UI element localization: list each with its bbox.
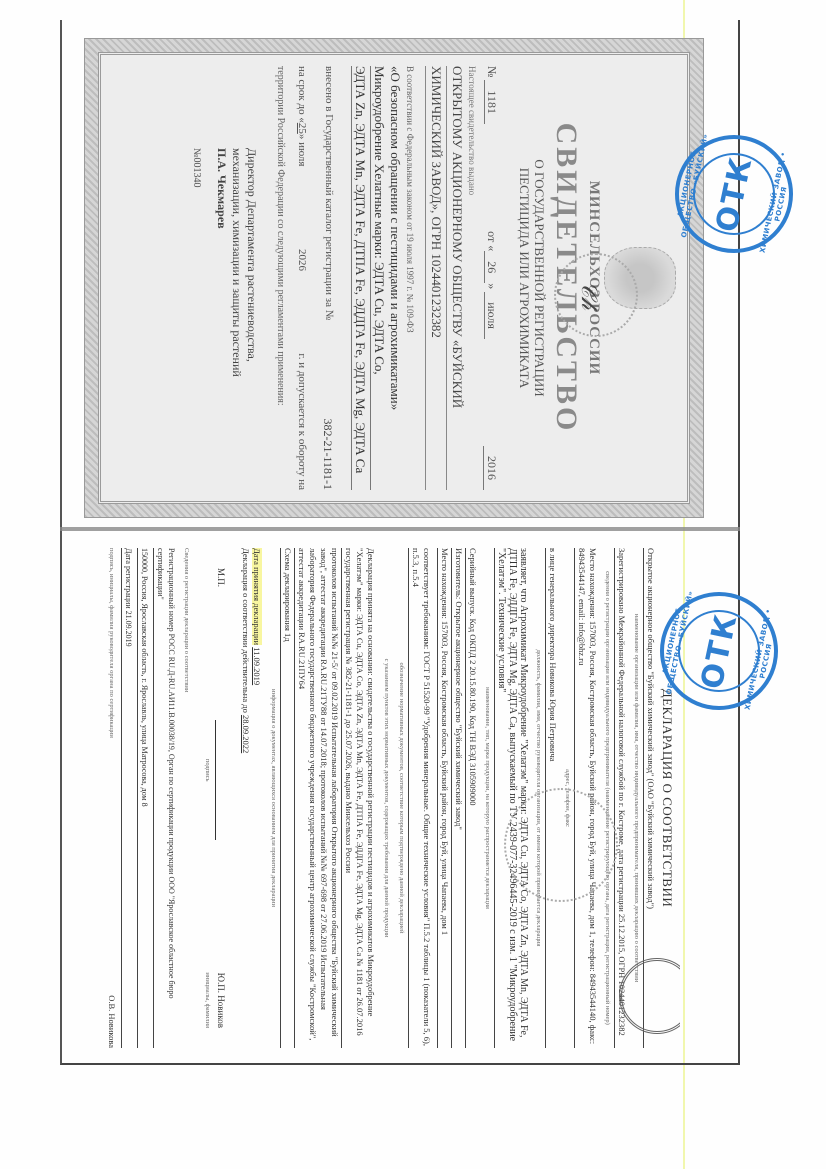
declaration-basis: Декларация принята на основании: свидете… [341, 548, 376, 1048]
certification-body-address: 150000, Россия, Ярославская область, г. … [137, 548, 150, 1048]
registry-number: 382-21-1181-1 [320, 418, 335, 490]
batch-info: Серийный выпуск. Код ОКПД 2 20.15.80.190… [465, 548, 478, 1048]
adoption-date-label: Дата принятия декларации [252, 548, 262, 645]
declaration-scheme: Схема декларирования 1д [280, 548, 293, 1048]
issued-to-line-1: ОТКРЫТОМУ АКЦИОНЕРНОМУ ОБЩЕСТВУ «БУЙСКИЙ [446, 66, 465, 490]
signer-title-2: механизации, химизации и защиты растений [229, 148, 244, 490]
term-suffix: г. и допускается к обороту на [296, 353, 308, 490]
manufacturer: Изготовитель: Открытое акционерное общес… [451, 548, 464, 1048]
issued-to-label: Настоящее свидетельство выдано [467, 66, 477, 490]
director-signature: 𝒞𝒽 [576, 281, 601, 310]
declared-product: заявляет, что Агрохимикат Микроудобрение… [494, 548, 529, 1048]
signer-block: Директор Департамента растениеводства, м… [214, 148, 259, 490]
valid-until-label: Декларация о соответствии действительна … [241, 548, 251, 713]
signer-name: П.А. Чекмарев [215, 148, 229, 229]
valid-until-row: Декларация о соответствии действительна … [240, 548, 251, 1048]
reg-signer: О.В. Новикова [102, 995, 117, 1048]
declaration-signature-row: М.П. Ю.П. Новиков [215, 568, 226, 1028]
certificate-serial: №001340 [191, 148, 202, 490]
product-caption: наименование, тип, марка продукции, на к… [482, 548, 493, 1048]
faint-declaration-seal [504, 788, 618, 902]
page-fold-divider [60, 527, 740, 531]
signature-captions: подпись инициалы, фамилия [198, 568, 213, 1028]
adoption-date: 11.09.2019 [252, 647, 262, 685]
signature-line [215, 720, 226, 840]
declaration-signer: Ю.П. Новиков [215, 973, 226, 1028]
otk-ring-text-bottom: ХИМИЧЕСКИЙ ЗАВОД • РОССИЯ [758, 148, 797, 259]
sign-caption: подпись [202, 759, 213, 782]
registration-caption: сведения о регистрации организации или и… [602, 548, 613, 1048]
signer-title-1: Директор Департамента растениеводства, [244, 148, 259, 490]
number-label: № [485, 66, 499, 77]
law-reference: В соответствии с Федеральным законом от … [405, 66, 415, 490]
declaration-of-conformity: ДЕКЛАРАЦИЯ О СООТВЕТСТВИИ Открытое акцио… [84, 538, 680, 1058]
test-protocols: протоколов испытаний №№ 21-5/ от 09.02.2… [294, 548, 340, 1048]
term-month: июля [296, 142, 308, 166]
term-label: на срок до « [296, 66, 308, 123]
term-row: на срок до «25» июля 2026 г. и допускает… [296, 66, 308, 490]
registry-label: внесено в Государственный каталог регист… [320, 66, 335, 320]
registry-row: внесено в Государственный каталог регист… [320, 66, 335, 490]
term-day: 25 [296, 123, 308, 134]
term-year: 2026 [296, 249, 308, 271]
otk-label: ОТК [706, 137, 763, 252]
issued-to-line-2: ХИМИЧЕСКИЙ ЗАВОД», ОГРН 1024401232382 [425, 66, 444, 490]
reg-signer-caption: подпись, инициалы, фамилия руководителя … [106, 548, 117, 738]
info-caption: информация о документах, являющихся осно… [268, 548, 279, 1048]
registration-certificate: МИНСЕЛЬХОЗ РОССИИ СВИДЕТЕЛЬСТВО О ГОСУДА… [84, 38, 704, 518]
from-label: от « [485, 231, 499, 251]
manufacturer-address: Место нахождения: 157003, Россия, Костро… [437, 548, 450, 1048]
otk-label: ОТК [691, 594, 748, 709]
otk-ring-text-bottom: ХИМИЧЕСКИЙ ЗАВОД • РОССИЯ [743, 605, 782, 716]
conforms-to: соответствует требованиям: ГОСТ Р 51520-… [408, 548, 432, 1048]
signer-caption: инициалы, фамилия [202, 972, 213, 1028]
certificate-number: 1181 [484, 80, 499, 124]
conforms-caption: обозначение нормативных документов, соот… [396, 548, 407, 1048]
reg-signer-row: подпись, инициалы, фамилия руководителя … [102, 548, 117, 1048]
adoption-date-row: Дата принятия декларации 11.09.2019 [251, 548, 262, 1048]
certificate-month: июля [484, 292, 499, 339]
product-line-2: ЭДТА Zn, ЭДТА Mn, ЭДТА Fe, ДТПА Fe, ЭДДГ… [351, 66, 368, 490]
certificate-number-row: № 1181 от «26» июля 2016 [483, 66, 499, 490]
product-line-1: «О безопасном обращении с пестицидами и … [370, 66, 403, 490]
mp-label: М.П. [215, 568, 226, 587]
registration-date: Дата регистрации 21.09.2019 [121, 548, 134, 1048]
certificate-subtitle-2: ПЕСТИЦИДА ИЛИ АГРОХИМИКАТА [517, 58, 532, 498]
valid-until-date: 28.09.2022 [241, 715, 251, 753]
certificate-year: 2016 [483, 446, 499, 490]
certificate-day: 26 [484, 251, 499, 283]
registration-number: Регистрационный номер РОСС RU.Д-RU.АИ11.… [153, 548, 177, 1048]
certificate-subtitle-1: О ГОСУДАРСТВЕННОЙ РЕГИСТРАЦИИ [532, 58, 547, 498]
scheme-caption: с указанием пунктов этих нормативных док… [381, 548, 392, 1048]
reg-info-caption: Сведения о регистрации декларации о соот… [181, 548, 192, 1048]
territory-text: территории Российской Федерации со следу… [275, 66, 286, 490]
